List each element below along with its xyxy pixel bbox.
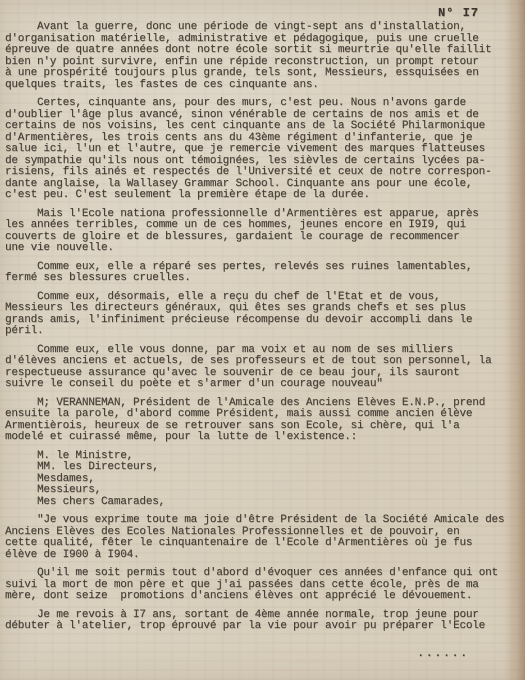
paragraph-certes-cinquante-ans: Certes, cinquante ans, pour des murs, c'… [5, 98, 519, 202]
paragraph-comme-eux-assurance: Comme eux, elle vous donne, par ma voix … [5, 345, 519, 391]
document-page: N° I7 Avant la guerre, donc une période … [0, 0, 525, 680]
paragraph-comme-eux-pertes: Comme eux, elle a réparé ses pertes, rel… [5, 262, 519, 285]
page-number: N° I7 [438, 6, 479, 20]
continuation-dots: ...... [5, 649, 519, 661]
paragraph-avant-la-guerre: Avant la guerre, donc une période de vin… [5, 22, 519, 91]
salutation-list: M. le Ministre, MM. les Directeurs, Mesd… [5, 451, 519, 509]
paragraph-je-me-revois: Je me revois à I7 ans, sortant de 4ème a… [5, 610, 519, 633]
paragraph-annees-enfance: Qu'il me soit permis tout d'abord d'évoq… [5, 568, 519, 603]
paragraph-comme-eux-recompense: Comme eux, désormais, elle a reçu du che… [5, 292, 519, 338]
paragraph-ecole-nationale: Mais l'Ecole nationa professionnelle d'A… [5, 209, 519, 255]
paragraph-veranneman-intro: M; VERANNEMAN, Président de l'Amicale de… [5, 398, 519, 444]
document-body: Avant la guerre, donc une période de vin… [5, 22, 519, 671]
paragraph-je-vous-exprime: "Je vous exprime toute ma joie d'être Pr… [5, 515, 519, 561]
